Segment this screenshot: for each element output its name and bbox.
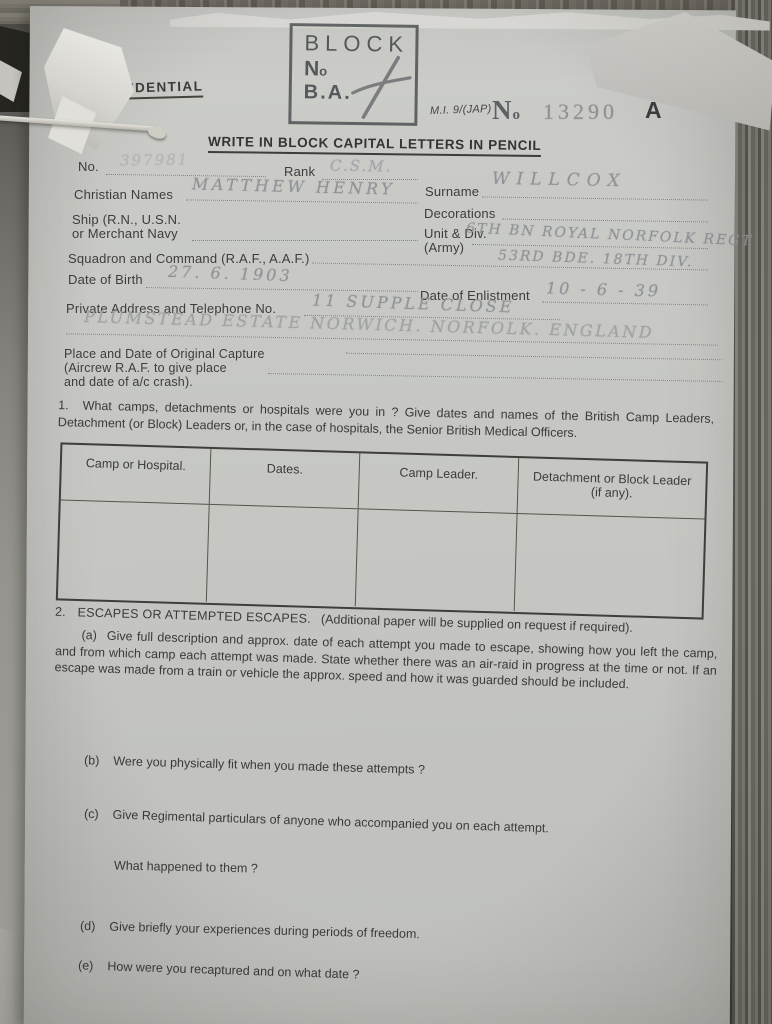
value-service-no: 397981 — [120, 150, 190, 169]
value-surname: WILLCOX — [492, 169, 627, 191]
question-2a-marker: (a) — [81, 628, 97, 642]
question-2d-marker: (d) — [80, 919, 96, 933]
label-ship: Ship (R.N., U.S.N. or Merchant Navy — [72, 213, 181, 241]
camp-table-body-row — [58, 500, 705, 616]
label-surname: Surname — [425, 184, 479, 199]
label-date-of-birth: Date of Birth — [68, 272, 143, 287]
label-capture-line2: (Aircrew R.A.F. to give place — [64, 361, 265, 375]
number-stamp: No — [492, 95, 521, 126]
camp-table-header-detachment: Detachment or Block Leader (if any). — [518, 458, 706, 519]
label-christian-names: Christian Names — [74, 187, 173, 202]
camp-table-cell — [58, 500, 210, 601]
label-capture-line3: and date of a/c crash). — [64, 375, 265, 389]
pencil-check-mark — [347, 51, 414, 124]
question-2c-followup: What happened to them ? — [114, 857, 258, 877]
question-2e-marker: (e) — [78, 958, 94, 972]
label-decorations: Decorations — [424, 206, 496, 221]
question-2b-marker: (b) — [84, 753, 100, 767]
label-ship-line1: Ship (R.N., U.S.N. — [72, 213, 181, 227]
block-number-stamp: BLOCK No B.A. — [288, 23, 418, 126]
dotted-line — [192, 240, 418, 241]
series-letter: A — [645, 97, 662, 124]
camp-table: Camp or Hospital. Dates. Camp Leader. De… — [56, 442, 708, 619]
question-2-number: 2. — [55, 605, 66, 619]
camp-table-header-camp: Camp or Hospital. — [61, 444, 212, 503]
question-2c-marker: (c) — [84, 807, 99, 821]
value-date-of-enlistment: 10 - 6 - 39 — [546, 278, 662, 300]
camp-table-cell — [207, 505, 359, 606]
camp-table-header-leader: Camp Leader. — [359, 453, 520, 513]
question-1-number: 1. — [58, 398, 69, 412]
value-rank: C.S.M. — [330, 156, 393, 175]
page-stack-right-edge — [732, 0, 772, 1024]
mi9-department-label: M.I. 9/(JAP) — [430, 103, 492, 117]
label-place-of-capture: Place and Date of Original Capture (Airc… — [64, 347, 265, 389]
label-service-no: No. — [78, 159, 99, 174]
camp-table-cell — [356, 509, 518, 611]
instruction-title: WRITE IN BLOCK CAPITAL LETTERS IN PENCIL — [208, 134, 541, 157]
label-capture-line1: Place and Date of Original Capture — [64, 347, 265, 361]
label-ship-line2: or Merchant Navy — [72, 227, 181, 241]
camp-table-cell — [515, 514, 705, 617]
serial-number-stamp: 13290 — [543, 99, 618, 125]
camp-table-header-dates: Dates. — [210, 449, 361, 508]
